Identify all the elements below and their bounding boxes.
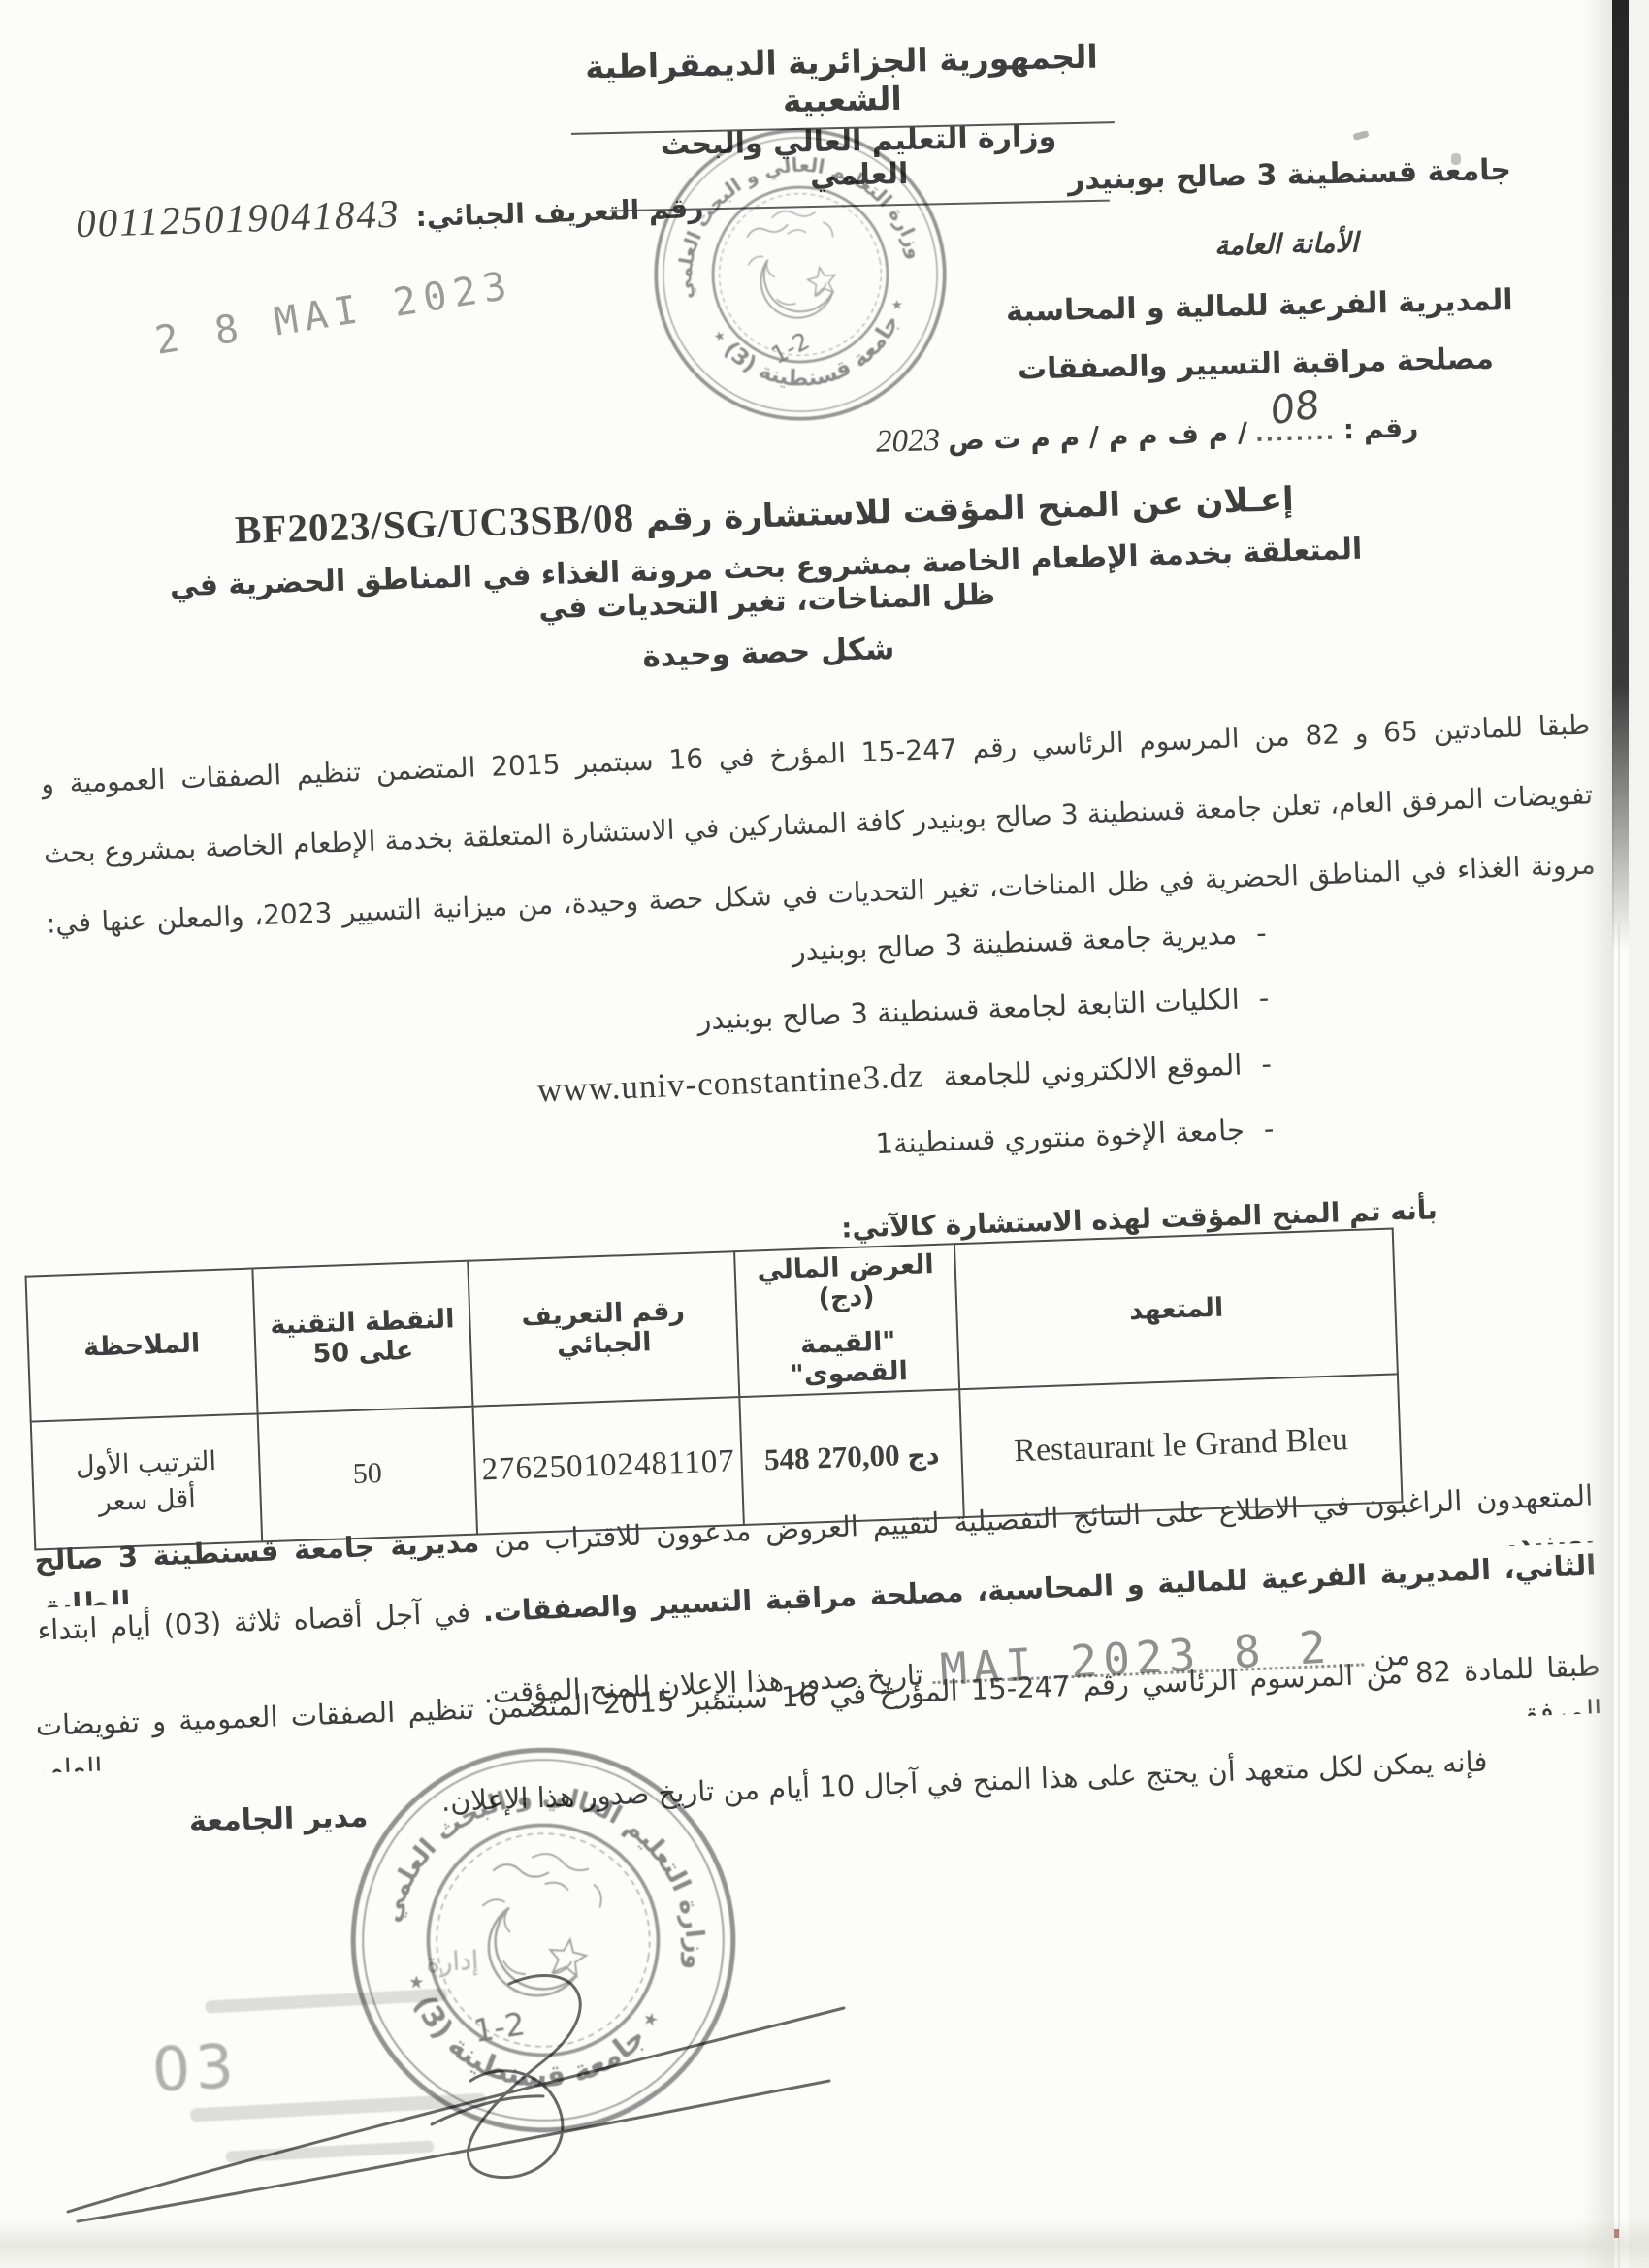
note-rank: الترتيب الأول <box>39 1444 253 1482</box>
col-header-tax-id: رقم التعريف الجبائي <box>468 1251 739 1407</box>
consultation-reference: BF2023/SG/UC3SB/08 <box>234 495 634 552</box>
note-lowest-price: أقل سعر <box>40 1481 254 1519</box>
scan-edge-dark-band <box>1612 0 1629 951</box>
handwritten-signature <box>53 1916 873 2236</box>
dash-marker: - <box>1255 913 1267 954</box>
col-header-bidder: المتعهد <box>954 1228 1398 1389</box>
scan-edge-shading <box>1581 0 1614 2268</box>
title-line1-arabic: إعـلان عن المنح المؤقت للاستشارة رقم <box>645 480 1294 539</box>
reference-number-line: رقم : ........08 / م ف م م / م م ت ص 202… <box>875 409 1418 461</box>
col-header-note: الملاحظة <box>26 1269 258 1422</box>
scan-edge-margin <box>1629 0 1649 2268</box>
list-item: - الكليات التابعة لجامعة قسنطينة 3 صالح … <box>533 978 1269 1047</box>
list-item-text: جامعة الإخوة منتوري قسنطينة1 <box>874 1110 1245 1165</box>
col-header-financial: العرض المالي (دج) "القيمة القصوى" <box>734 1244 959 1397</box>
scanned-document-page: الجمهورية الجزائرية الديمقراطية الشعبية … <box>0 0 1649 2268</box>
list-item: - جامعة الإخوة منتوري قسنطينة1 <box>539 1108 1275 1177</box>
dash-marker: - <box>1263 1108 1275 1149</box>
ref-middle: / م ف م م / م م ت ص <box>947 416 1247 457</box>
publication-list: - مديرية جامعة قسنطينة 3 صالح بوبنيدر - … <box>532 913 1276 1202</box>
org-secretariat: الأمانة العامة <box>1213 226 1358 261</box>
list-item-text: الكليات التابعة لجامعة قسنطينة 3 صالح بو… <box>696 979 1240 1040</box>
dash-marker: - <box>1258 978 1270 1019</box>
scan-edge-line <box>1618 922 1620 2268</box>
org-markets-service: مصلحة مراقبة التسيير والصفقات <box>1018 341 1495 386</box>
scan-bottom-shadow <box>0 2218 1649 2268</box>
org-university: جامعة قسنطينة 3 صالح بوبنيدر <box>1068 153 1512 197</box>
signature-title: مدير الجامعة <box>189 1800 369 1839</box>
tax-id-line: رقم التعريف الجبائي: 001125019041843 <box>75 180 703 246</box>
ref-dots-wrap: ........08 <box>1254 414 1336 448</box>
university-website-url: www.univ-constantine3.dz <box>536 1055 924 1111</box>
list-item: - الموقع الالكتروني للجامعة www.univ-con… <box>536 1042 1272 1112</box>
dash-marker: - <box>1260 1043 1272 1084</box>
scan-speck <box>1352 130 1369 141</box>
official-round-stamp-top: وزارة التعليم العالي و البحث العلمي ٭ جا… <box>619 93 981 455</box>
received-date-stamp: 2 8 MAI 2023 <box>152 263 517 364</box>
col-header-financial-main: العرض المالي (دج) <box>741 1248 950 1315</box>
tax-id-number: 001125019041843 <box>75 190 401 246</box>
list-item-text: الموقع الالكتروني للجامعة <box>943 1045 1243 1097</box>
ref-label: رقم : <box>1342 411 1418 445</box>
ref-year: 2023 <box>875 423 940 461</box>
col-header-financial-sub: "القيمة القصوى" <box>744 1324 953 1391</box>
currency-dzd: دج <box>907 1441 940 1472</box>
financial-amount: 548 270,00 <box>763 1438 900 1476</box>
stamp-emblem <box>740 204 846 325</box>
org-finance-directorate: المديرية الفرعية للمالية و المحاسبة <box>1006 283 1513 329</box>
col-header-technical-score: النقطة التقنية على 50 <box>253 1261 473 1414</box>
ref-handwritten-number: 08 <box>1267 382 1322 434</box>
scan-speck <box>1614 2229 1619 2238</box>
announcement-title: إعـلان عن المنح المؤقت للاستشارة رقم BF2… <box>162 471 1370 690</box>
scan-speck <box>1451 153 1461 165</box>
